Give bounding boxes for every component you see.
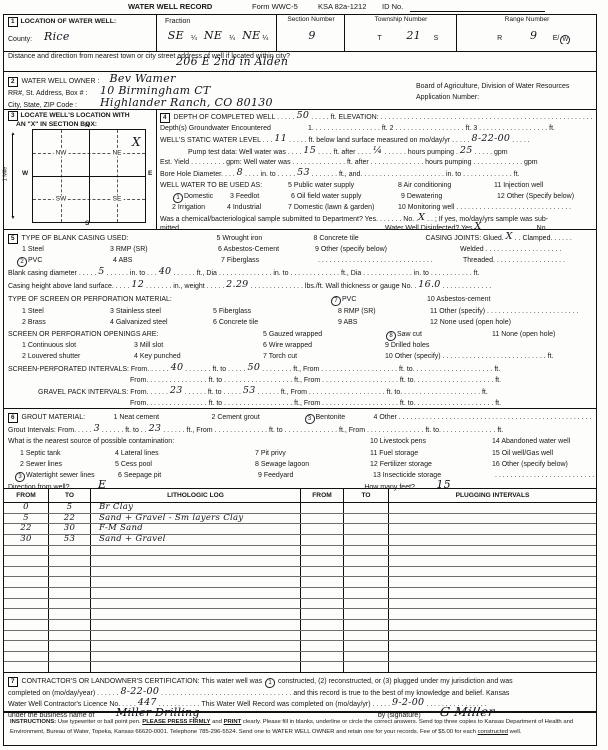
- form-text: SCREEN OR PERFORATION OPENINGS ARE:: [8, 329, 263, 340]
- arrow-up-icon: ▲: [11, 131, 16, 137]
- form-text: . . . . . . ft., From . . . . . . . . . …: [256, 389, 488, 396]
- cell-from: [4, 567, 49, 577]
- form-text: Bore Hole Diameter. . . .: [160, 171, 237, 178]
- cell-plugging-intervals: [389, 641, 596, 651]
- cell-to: [344, 567, 389, 577]
- cell-to: [49, 546, 91, 556]
- fraction-label: Fraction: [165, 16, 275, 29]
- cell-from: [301, 609, 344, 619]
- range-cell: Range Number R9E/W: [456, 15, 597, 51]
- form-text: What is the nearest source of possible c…: [8, 436, 370, 447]
- quadrant-sw-label: SW: [54, 196, 68, 203]
- form-text: . . . . . . . ft. to . . . . .: [183, 366, 247, 373]
- form-text: 10 Livestock pens: [370, 436, 492, 447]
- handwritten-value: SE: [168, 31, 184, 42]
- column-header: LITHOLOGIC LOG: [91, 489, 301, 502]
- form-text: 10 Asbestos-cement: [427, 296, 490, 303]
- form-text: 8 Concrete tile: [314, 233, 426, 244]
- casing-diameter-line: Blank casing diameter . . . . . 5 . . . …: [8, 267, 594, 280]
- form-text: . . . . . . . . . . . . . . . . . . . . …: [159, 690, 509, 697]
- id-no-blank: [410, 11, 545, 12]
- form-text: 4 ABS: [113, 255, 221, 266]
- form-text: 12 Other (Specify below): [497, 193, 574, 200]
- handwritten-value: 23: [149, 424, 162, 434]
- handwritten-value: 53: [243, 386, 256, 396]
- form-text: ¼: [260, 35, 268, 42]
- cell-from: [301, 524, 344, 534]
- form-text: 4 Galvanized steel: [110, 317, 213, 328]
- well-x-mark: X: [132, 135, 141, 149]
- table-row: [4, 577, 596, 588]
- center-line-horizontal: [33, 176, 145, 177]
- form-text: 5 Gauzed wrapped: [263, 329, 385, 340]
- cell-lithologic-log: Sand + Gravel - Sm layers Clay: [91, 514, 301, 524]
- form-text: 4: [160, 113, 170, 123]
- form-text: constructed, (2) reconstructed, or (3) p…: [276, 678, 513, 685]
- form-text: Est. Yield . . . . . . . . . gpm: Well w…: [160, 159, 538, 166]
- column-header: TO: [344, 489, 389, 502]
- application-number-label: Application Number:: [416, 92, 594, 105]
- handwritten-value: 3: [94, 424, 100, 434]
- cell-from: [301, 514, 344, 524]
- form-text: County:: [8, 34, 44, 45]
- table-body: 05Br Clay522Sand + Gravel - Sm layers Cl…: [4, 503, 596, 673]
- handwritten-value: ¼: [373, 146, 383, 156]
- cell-from: 5: [4, 514, 49, 524]
- form-text: 11 None (open hole): [492, 331, 555, 338]
- form-text: Depth(s) Groundwater Encountered: [160, 123, 308, 134]
- form-text: 16 Other (specify below): [492, 461, 568, 468]
- form-title: WATER WELL RECORD: [128, 2, 212, 11]
- circled-option: 2: [17, 257, 27, 267]
- mile-scale-line: ▲ ▼: [12, 135, 13, 217]
- cell-plugging-intervals: [389, 599, 596, 609]
- range-label: Range Number: [457, 16, 597, 23]
- section-4-well-data: 4DEPTH OF COMPLETED WELL . . . . . 50 . …: [156, 109, 596, 229]
- form-text: 8 Air conditioning: [398, 180, 494, 191]
- cell-lithologic-log: Sand + Gravel: [91, 535, 301, 545]
- handwritten-value: NE: [242, 31, 260, 42]
- cell-from: [301, 588, 344, 598]
- compass-n-label: N: [85, 122, 90, 129]
- form-text: . . . . . . . . . . . . .: [441, 283, 492, 290]
- form-text: 10 Monitoring well . . . . . . . . . . .…: [398, 204, 571, 211]
- township-label: Township Number: [345, 16, 457, 23]
- form-text: . . . . . . ft. to . .: [100, 427, 149, 434]
- cell-to: [49, 577, 91, 587]
- cell-to: [49, 631, 91, 641]
- form-text: 3 Feedlot: [230, 191, 291, 202]
- form-text: 7: [8, 677, 18, 687]
- form-text: . . . . . . hours pumping .: [382, 149, 459, 156]
- cell-to: [49, 588, 91, 598]
- compass-e-label: E: [148, 170, 152, 177]
- table-row: 2230F-M Sand: [4, 524, 596, 535]
- form-number: Form WWC-5: [252, 2, 298, 11]
- cell-to: [344, 599, 389, 609]
- form-text: 1 Septic tank: [20, 448, 115, 459]
- form-text: . . . . . . ft., Dia . . . . . . . . . .…: [171, 270, 479, 277]
- quadrant-nw-label: NW: [54, 150, 69, 157]
- mile-scale-label: 1 Mile: [2, 167, 8, 182]
- form-text: 11 Injection well: [494, 182, 543, 189]
- quadrant-se-label: SE: [111, 196, 124, 203]
- cell-lithologic-log: [91, 641, 301, 651]
- form-text: T: [366, 33, 394, 44]
- table-row: [4, 609, 596, 620]
- handwritten-value: 11: [274, 134, 287, 144]
- section-2-owner: 2WATER WELL OWNER :Bev Wamer RR#, St. Ad…: [4, 71, 596, 110]
- form-text: SCREEN-PERFORATED INTERVALS: From. . . .…: [8, 366, 171, 373]
- form-text: 3 RMP (SR): [110, 244, 218, 255]
- cell-plugging-intervals: [389, 620, 596, 630]
- compass-w-label: W: [22, 170, 28, 177]
- form-text: TYPE OF SCREEN OR PERFORATION MATERIAL:: [8, 294, 330, 305]
- id-no-label: ID No.: [382, 2, 403, 11]
- section-1-location: 1 LOCATION OF WATER WELL: County: Rice F…: [4, 15, 596, 52]
- cell-plugging-intervals: [389, 524, 596, 534]
- handwritten-value: 8: [237, 168, 243, 178]
- cell-lithologic-log: [91, 588, 301, 598]
- form-text: 7 Fiberglass: [221, 255, 318, 266]
- county-cell: 1 LOCATION OF WATER WELL: County: Rice: [4, 15, 156, 51]
- form-text: and: [210, 719, 223, 725]
- cell-from: [301, 599, 344, 609]
- water-well-record-form: WATER WELL RECORD Form WWC-5 KSA 82a-121…: [0, 0, 608, 750]
- cell-from: [301, 503, 344, 513]
- form-text: 4 Key punched: [134, 351, 263, 362]
- cell-to: [344, 556, 389, 566]
- form-text: 4 Other . . . . . . . . . . . . . . . . …: [374, 414, 592, 421]
- form-text: 6: [8, 413, 18, 423]
- circled-option: 3: [305, 414, 315, 424]
- section-number-label: Section Number: [277, 16, 345, 23]
- range-field: R9E/W: [461, 31, 595, 44]
- cell-to: [344, 503, 389, 513]
- cell-plugging-intervals: [389, 546, 596, 556]
- section-number-cell: Section Number 9: [276, 15, 345, 51]
- form-text: 4 Lateral lines: [115, 448, 255, 459]
- handwritten-value: 23: [170, 386, 183, 396]
- handwritten-value: Bev Wamer: [110, 74, 176, 85]
- table-header-row: FROMTOLITHOLOGIC LOGFROMTOPLUGGING INTER…: [4, 489, 596, 503]
- cell-from: [301, 631, 344, 641]
- instructions-box: INSTRUCTIONS: Use typewriter or ball poi…: [3, 712, 597, 746]
- table-row: 522Sand + Gravel - Sm layers Clay: [4, 514, 596, 525]
- cell-plugging-intervals: [389, 631, 596, 641]
- cell-from: [4, 599, 49, 609]
- form-text: PVC: [342, 294, 427, 305]
- cell-to: [344, 641, 389, 651]
- form-text: CONTRACTOR'S OR LANDOWNER'S CERTIFICATIO…: [22, 678, 265, 685]
- form-text: PVC: [28, 255, 113, 266]
- cell-from: [301, 620, 344, 630]
- cell-lithologic-log: F-M Sand: [91, 524, 301, 534]
- form-text: completed on (mo/day/year) . . . . . .: [8, 690, 120, 697]
- form-text: 2 Louvered shutter: [22, 351, 134, 362]
- cell-to: [344, 514, 389, 524]
- table-row: [4, 567, 596, 578]
- cell-to: [49, 609, 91, 619]
- form-text: WELL'S STATIC WATER LEVEL . . .: [160, 137, 274, 144]
- form-text: DEPTH OF COMPLETED WELL . . . . .: [174, 114, 297, 121]
- form-text: 2 Cement grout: [212, 412, 304, 423]
- cell-from: [4, 588, 49, 598]
- form-text: 1 Continuous slot: [22, 340, 134, 351]
- table-row: [4, 599, 596, 610]
- column-header: FROM: [301, 489, 344, 502]
- form-text: 4 Industrial: [227, 202, 288, 213]
- cell-plugging-intervals: [389, 556, 596, 566]
- form-text: CASING JOINTS: Glued.: [426, 235, 506, 242]
- form-text: S: [434, 35, 439, 42]
- circled-option: 7: [331, 296, 341, 306]
- cell-lithologic-log: Br Clay: [91, 503, 301, 513]
- cell-plugging-intervals: [389, 514, 596, 524]
- form-border: 1 LOCATION OF WATER WELL: County: Rice F…: [3, 14, 597, 712]
- cell-from: [4, 620, 49, 630]
- form-text: . . . . . . . . ft., From . . . . . . . …: [260, 366, 500, 373]
- form-text: From. . . . . . . . . . . . . . . . ft. …: [130, 400, 501, 407]
- form-text: 6 Wire wrapped: [263, 340, 385, 351]
- form-text: INSTRUCTIONS:: [10, 719, 58, 725]
- distance-row: Distance and direction from nearest town…: [4, 51, 596, 72]
- form-statute: KSA 82a-1212: [318, 2, 366, 11]
- cell-to: [344, 631, 389, 641]
- cell-to: [344, 524, 389, 534]
- column-header: TO: [49, 489, 91, 502]
- handwritten-value: 50: [297, 111, 310, 121]
- form-text: Blank casing diameter . . . . .: [8, 270, 98, 277]
- form-text: . . . . . . ft. to . . . . .: [183, 389, 243, 396]
- form-text: Use typewriter or ball point pen.: [58, 719, 142, 725]
- table-row: 05Br Clay: [4, 503, 596, 514]
- form-text: 1. . . . . . . . . . . . . . . . . . ft.…: [308, 125, 555, 132]
- cell-from: [301, 546, 344, 556]
- cell-from: 0: [4, 503, 49, 513]
- form-text: 8 RMP (SR): [338, 306, 430, 317]
- form-text: . . . . in. to . . . . .: [243, 171, 297, 178]
- form-text: 15 Oil well/Gas well: [492, 450, 553, 457]
- form-text: Grout Intervals: From. . . . .: [8, 427, 94, 434]
- form-text: clearly. Please fill in blanks, underlin…: [241, 719, 573, 725]
- handwritten-value: Highlander Ranch, CO 80130: [100, 98, 273, 109]
- form-text: 3 Stainless steel: [110, 306, 213, 317]
- form-text: 1 Neat cement: [114, 412, 212, 423]
- form-text: 5 Fiberglass: [213, 306, 338, 317]
- cell-from: [301, 556, 344, 566]
- arrow-down-icon: ▼: [11, 215, 16, 221]
- section-1-number: 1: [8, 17, 18, 27]
- handwritten-value: 9: [308, 31, 315, 42]
- form-text: 5 Cess pool: [115, 459, 255, 470]
- lithologic-table: FROMTOLITHOLOGIC LOGFROMTOPLUGGING INTER…: [4, 488, 596, 673]
- handwritten-value: 2.29: [226, 280, 248, 290]
- form-text: 6 Asbestos-Cement: [218, 244, 315, 255]
- cell-lithologic-log: [91, 609, 301, 619]
- cell-from: 22: [4, 524, 49, 534]
- handwritten-value: 9: [515, 31, 553, 41]
- handwritten-value: 8-22-00: [120, 687, 159, 697]
- form-text: 1 Steel: [22, 244, 110, 255]
- township-cell: Township Number T21S: [344, 15, 457, 51]
- form-text: 9 Dewatering: [401, 191, 497, 202]
- handwritten-value: 10 Birmingham CT: [100, 86, 211, 97]
- form-text: 6 Concrete tile: [213, 317, 338, 328]
- form-text: . . . . ft. after . . . .: [316, 149, 373, 156]
- township-field: T21S: [349, 31, 455, 44]
- cell-to: [344, 535, 389, 545]
- cell-from: [301, 652, 344, 662]
- section-number-field: 9: [281, 31, 343, 44]
- section-7-certification: 7CONTRACTOR'S OR LANDOWNER'S CERTIFICATI…: [4, 672, 596, 712]
- handwritten-value: 40: [171, 363, 184, 373]
- form-text: 11 Fuel storage: [370, 448, 492, 459]
- cell-to: 5: [49, 503, 91, 513]
- form-text: 7 Domestic (lawn & garden): [288, 202, 398, 213]
- cell-lithologic-log: [91, 620, 301, 630]
- form-text: Casing height above land surface. . . . …: [8, 283, 131, 290]
- form-text: 10 Other (specify) . . . . . . . . . . .…: [385, 353, 553, 360]
- cell-from: [4, 556, 49, 566]
- form-text: . . . . . . . . . . . . . . lbs./ft. Wal…: [249, 283, 419, 290]
- handwritten-value: 53: [297, 168, 310, 178]
- instructions-line-2: Environment, Bureau of Water, Topeka, Ka…: [10, 728, 592, 736]
- form-text: Pump test data: Well water was . . . .: [188, 149, 303, 156]
- form-text: . . . . . gpm: [473, 149, 508, 156]
- form-text: 9 Other (specify below): [315, 244, 427, 255]
- form-text: PLEASE PRESS FIRMLY: [142, 719, 210, 725]
- table-row: [4, 620, 596, 631]
- handwritten-value: 8-22-00: [472, 134, 511, 144]
- form-text: 9 ABS: [338, 317, 430, 328]
- cell-to: [344, 577, 389, 587]
- form-text: ¼: [184, 33, 204, 44]
- cell-plugging-intervals: [389, 588, 596, 598]
- form-text: GRAVEL PACK INTERVALS: From. . . . . .: [38, 389, 170, 396]
- table-row: [4, 641, 596, 652]
- cell-plugging-intervals: [389, 652, 596, 662]
- cell-lithologic-log: [91, 556, 301, 566]
- cell-from: [4, 577, 49, 587]
- cell-to: [49, 652, 91, 662]
- cell-to: [344, 620, 389, 630]
- cell-plugging-intervals: [389, 535, 596, 545]
- cell-to: 53: [49, 535, 91, 545]
- form-text: well.: [508, 729, 521, 735]
- form-text: 12 None used (open hole): [430, 319, 511, 326]
- form-text: Saw cut: [397, 329, 492, 340]
- section-5-casing: 5TYPE OF BLANK CASING USED:5 Wrought iro…: [4, 229, 596, 409]
- compass-s-label: S: [85, 220, 89, 227]
- section-6-grout: 6GROUT MATERIAL:1 Neat cement2 Cement gr…: [4, 408, 596, 488]
- cell-to: [49, 567, 91, 577]
- form-text: Threaded. . . . . . . . . . . . . . . . …: [463, 257, 565, 264]
- distance-value: 206 E 2nd in Alden: [176, 57, 594, 70]
- cell-to: [49, 599, 91, 609]
- form-text: 11 Other (specify) . . . . . . . . . . .…: [430, 308, 578, 315]
- form-header: WATER WELL RECORD Form WWC-5 KSA 82a-121…: [0, 2, 608, 14]
- form-text: . . . . . . . in., weight . . . . .: [144, 283, 226, 290]
- cell-lithologic-log: [91, 577, 301, 587]
- cell-from: [301, 567, 344, 577]
- section-3-location-box: 3 LOCATE WELL'S LOCATION WITH AN "X" IN …: [4, 109, 157, 229]
- handwritten-value: NE: [204, 31, 222, 42]
- form-text: Domestic: [184, 191, 230, 202]
- cell-lithologic-log: [91, 631, 301, 641]
- table-row: [4, 652, 596, 663]
- form-text: 5 Public water supply: [288, 180, 398, 191]
- form-text: . . . . . ft. below land surface measure…: [287, 137, 471, 144]
- fraction-field: SE ¼NE ¼NE ¼: [161, 31, 275, 44]
- circled-option: W: [560, 35, 570, 44]
- form-text: From. . . . . . . . . . . . . . . . ft. …: [130, 377, 501, 384]
- form-text: 9 Drilled holes: [385, 342, 429, 349]
- instructions-line-1: INSTRUCTIONS: Use typewriter or ball poi…: [10, 718, 592, 726]
- table-row: [4, 588, 596, 599]
- form-text: 7 Torch cut: [263, 351, 385, 362]
- handwritten-value: 40: [159, 267, 172, 277]
- cell-to: 22: [49, 514, 91, 524]
- form-text: . . . . . . . . . . . . . . . . . . . . …: [318, 255, 430, 266]
- handwritten-value: 21: [394, 31, 434, 41]
- form-text: . . . . . . in. to . . .: [105, 270, 159, 277]
- form-text: R: [485, 33, 515, 44]
- cell-to: 30: [49, 524, 91, 534]
- form-text: WELL WATER TO BE USED AS:: [160, 180, 288, 191]
- form-text: . . . . . . . . . . . . . . . . . . . . …: [495, 472, 594, 479]
- column-header: FROM: [4, 489, 49, 502]
- form-text: . . . . . . ft., From . . . . . . . . . …: [161, 427, 503, 434]
- cell-plugging-intervals: [389, 577, 596, 587]
- cell-from: [301, 641, 344, 651]
- form-text: 8 Sewage lagoon: [255, 459, 370, 470]
- form-text: E/: [553, 35, 560, 42]
- fraction-cell: Fraction SE ¼NE ¼NE ¼: [156, 15, 277, 51]
- cell-to: [344, 609, 389, 619]
- cell-to: [344, 652, 389, 662]
- handwritten-value: 16.0: [418, 280, 440, 290]
- form-text: . . Clamped. . . . . .: [513, 235, 572, 242]
- form-text: Welded . . . . . . . . . . . . . . . . .…: [460, 246, 561, 253]
- cell-plugging-intervals: [389, 503, 596, 513]
- cell-from: [4, 652, 49, 662]
- handwritten-value: 25: [460, 146, 473, 156]
- form-text: 6 Oil field water supply: [291, 191, 401, 202]
- form-text: 1 Steel: [22, 306, 110, 317]
- section-1-title: 1 LOCATION OF WATER WELL:: [8, 16, 154, 29]
- cell-from: [4, 546, 49, 556]
- cell-to: [49, 556, 91, 566]
- cell-plugging-intervals: [389, 609, 596, 619]
- handwritten-value: 12: [131, 280, 144, 290]
- county-field: County: Rice: [8, 32, 154, 45]
- section-3-4-wrap: 3 LOCATE WELL'S LOCATION WITH AN "X" IN …: [4, 109, 596, 230]
- form-text: TYPE OF BLANK CASING USED:: [22, 233, 217, 244]
- form-text: Environment, Bureau of Water, Topeka, Ka…: [10, 729, 478, 735]
- handwritten-value: 50: [247, 363, 260, 373]
- form-text: 3 Mill slot: [134, 340, 263, 351]
- cell-to: [49, 620, 91, 630]
- form-text: 12 Fertilizer storage: [370, 459, 492, 470]
- handwritten-value: 15: [303, 146, 316, 156]
- handwritten-value: 5: [98, 267, 104, 277]
- handwritten-value: X: [506, 232, 513, 242]
- table-row: [4, 546, 596, 557]
- table-row: 3053Sand + Gravel: [4, 535, 596, 546]
- cell-from: 30: [4, 535, 49, 545]
- form-text: constructed: [478, 729, 508, 735]
